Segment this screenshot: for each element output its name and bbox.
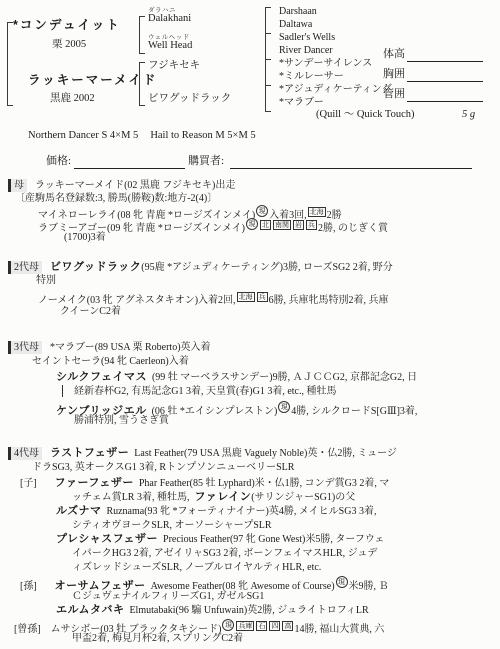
grandchild-tag: [孫]: [20, 581, 37, 592]
horse-line: [子]ファーフェザーPhar Feather(85 牡 Lyphard)米・仏1…: [20, 477, 389, 490]
region-badge: 南関: [273, 220, 291, 230]
measurement-line: [407, 89, 483, 102]
bracket: [265, 85, 271, 112]
sire-name: *コンデュイット: [13, 19, 121, 32]
active-badge: 現: [278, 401, 290, 413]
ancestor-name: *アジュディケーティング: [279, 83, 392, 96]
horse-line: 2代母ビワグッドラック(95鹿 *アジュディケーティング)3勝, ローズSG2 …: [8, 261, 393, 274]
inbreeding-b: Hail to Reason M 5×M 5: [150, 130, 255, 141]
sire-dam-name: Well Head: [148, 39, 192, 52]
horse-line: シティオヴヨークSLR, オーソーシャープSLR: [72, 519, 272, 532]
horse-name-bold: エルムタバキ: [56, 604, 124, 616]
dam-name: ラッキーマーメイド: [28, 74, 157, 87]
tree-bar: [62, 385, 63, 397]
sire-detail: 栗 2005: [52, 38, 86, 51]
child-tag: [子]: [20, 478, 37, 489]
horse-line: シルクフェイマス(99 牡 マーベラスサンデー)9勝, ＡＪＣＣG2, 京都記念…: [56, 371, 417, 384]
horse-line: ルズナマRuznama(93 牝 *フォーティナイナー)英4勝, メイヒルSG3…: [56, 505, 376, 518]
horse-line: ＣジュヴェナイルフィリーズG1, ガゼルSG1: [72, 590, 264, 603]
sire-sire-name: Dalakhani: [148, 12, 191, 25]
bracket: [265, 33, 271, 60]
horse-line: セイントセーラ(94 牝 Caerleon)入着: [32, 355, 189, 368]
horse-name-bold: ファーフェザー: [55, 477, 134, 489]
section-label: 2代母: [8, 261, 42, 274]
buyer-line: [230, 156, 472, 169]
region-badge: 北海: [237, 292, 255, 302]
great-grandchild-tag: [曾孫]: [14, 624, 41, 635]
active-badge: 現: [256, 205, 268, 217]
measurement-label-height: 体高: [383, 48, 405, 61]
section-label: 母: [8, 179, 27, 192]
dam-sire-name: フジキセキ: [148, 59, 200, 72]
region-badge: 四: [269, 621, 280, 631]
active-badge: 現: [222, 619, 234, 631]
horse-line: クイーンC2着: [60, 305, 121, 318]
dam-record-title: ラッキーマーメイド(02 黒鹿 フジキセキ)出走: [35, 180, 235, 191]
horse-line: 3代母*マラブー(89 USA 栗 Roberto)英入着: [8, 341, 211, 354]
horse-line: ィズレッドシューズSLR, ノーブルロイヤルティHLR, etc.: [72, 561, 321, 574]
price-line: [74, 156, 185, 169]
weight-note: 5 g: [462, 108, 475, 121]
inbreeding-a: Northern Dancer S 4×M 5: [28, 130, 138, 141]
horse-line: 勝浦特別, 雪うさぎ賞: [74, 414, 169, 427]
ancestor-name: Sadler's Wells: [279, 31, 335, 44]
horse-line: 経新春杯G2, 有馬記念G1 3着, 天皇賞(春)G1 3着, etc., 種牡…: [74, 385, 336, 398]
measurement-label-cannon: 管囲: [383, 88, 405, 101]
region-badge: 北: [260, 220, 271, 230]
measurement-line: [407, 49, 483, 62]
active-badge: 現: [336, 576, 348, 588]
section-label: 4代母: [8, 447, 42, 460]
horse-line: ドラSG3, 英オークスG1 3着, RトンプソンニューベリーSLR: [32, 461, 294, 474]
dam-detail: 黒鹿 2002: [50, 92, 95, 105]
horse-name-bold: ラストフェザー: [50, 447, 129, 459]
region-badge: 高: [282, 621, 293, 631]
inbreeding-note: Northern Dancer S 4×M 5Hail to Reason M …: [28, 129, 256, 142]
ancestor-name: Darshaan: [279, 5, 317, 18]
quill-note: (Quill ～ Quick Touch): [316, 108, 415, 121]
active-badge: 現: [246, 218, 258, 230]
buyer-label: 購買者:: [188, 155, 224, 168]
bracket: [265, 7, 271, 34]
ancestor-name: Daltawa: [279, 18, 312, 31]
region-badge: 北海: [308, 207, 326, 217]
produce-note: 〔産駒馬名登録数:3, 勝馬(勝鞍)数:地方-2(4)〕: [15, 192, 217, 205]
horse-name-bold: ビワグッドラック: [50, 261, 141, 273]
horse-line: (1700)3着: [64, 231, 106, 244]
horse-line: イパークHG3 2着, アゼイリャSG3 2着, ボーンフェイマスHLR, ジュ…: [72, 547, 377, 560]
horse-name-bold: シルクフェイマス: [56, 371, 147, 383]
horse-line: 母ラッキーマーメイド(02 黒鹿 フジキセキ)出走: [8, 179, 235, 192]
bracket: [7, 22, 13, 106]
price-label: 価格:: [46, 155, 71, 168]
bracket: [265, 59, 271, 86]
dam-dam-name: ビワグッドラック: [148, 92, 231, 105]
region-badge: 石: [256, 621, 267, 631]
measurement-line: [407, 69, 483, 82]
horse-line: 4代母ラストフェザーLast Feather(79 USA 黒鹿 Vaguely…: [8, 447, 397, 460]
region-badge: 兵: [257, 292, 268, 302]
section-label: 3代母: [8, 341, 42, 354]
horse-line: エルムタバキElmutabaki(96 騸 Unfuwain)英2勝, ジュライ…: [56, 604, 369, 617]
horse-line: ッチェム賞LR 3着, 種牡馬,ファレイン(サリンジャーSG1)の父: [72, 491, 355, 504]
horse-line: プレシャスフェザーPrecious Feather(97 牝 Gone West…: [56, 533, 384, 546]
horse-name-bold: ルズナマ: [56, 505, 101, 517]
horse-line: 甲盃2着, 梅見月杯2着, スプリングC2着: [72, 632, 243, 645]
horse-name-bold: プレシャスフェザー: [56, 533, 158, 545]
bracket: [139, 16, 145, 54]
region-badge: 岩: [293, 220, 304, 230]
region-badge: 兵: [306, 220, 317, 230]
horse-name-bold: ファレイン: [194, 491, 251, 503]
horse-line: 特別: [36, 274, 56, 287]
ancestor-name: *サンデーサイレンス: [279, 57, 372, 70]
measurement-label-chest: 胸囲: [383, 68, 405, 81]
ancestor-name: River Dancer: [279, 44, 333, 57]
ancestor-name: *ミルレーサー: [279, 70, 344, 83]
region-badge: 兵庫: [236, 621, 254, 631]
catalog-page: *コンデュイット 栗 2005 ラッキーマーメイド 黒鹿 2002 ダラハニ D…: [0, 0, 500, 649]
